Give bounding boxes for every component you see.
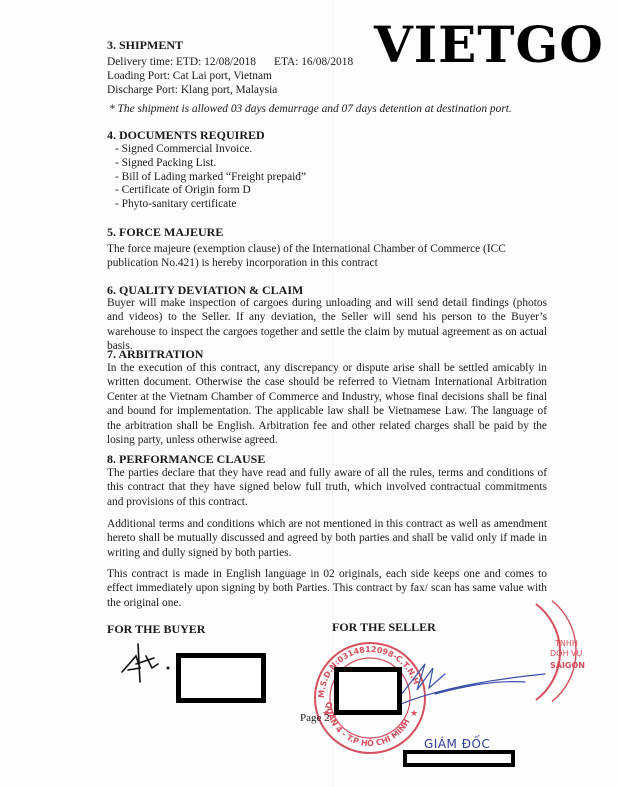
shipment-note: * The shipment is allowed 03 days demurr… — [109, 102, 512, 116]
quality-body: Buyer will make inspection of cargoes du… — [107, 296, 547, 354]
force-majeure-heading: 5. FORCE MAJEURE — [107, 225, 223, 239]
eta: ETA: 16/08/2018 — [274, 55, 353, 69]
buyer-label: FOR THE BUYER — [107, 622, 205, 636]
performance-heading: 8. PERFORMANCE CLAUSE — [107, 452, 265, 466]
second-stamp-icon: TNHH DỌH VỤ SAIGON — [520, 590, 618, 710]
page-number: Page 2 — [300, 712, 330, 724]
director-title: GIÁM ĐỐC — [424, 737, 490, 751]
delivery-time: Delivery time: ETD: 12/08/2018 — [107, 55, 256, 69]
document-item: - Certificate of Origin form D — [115, 184, 306, 198]
documents-list: - Signed Commercial Invoice. - Signed Pa… — [115, 143, 306, 212]
document-item: - Signed Packing List. — [115, 157, 306, 171]
performance-body-1: The parties declare that they have read … — [107, 466, 547, 509]
performance-body-2: Additional terms and conditions which ar… — [107, 517, 547, 560]
svg-text:DỌH VỤ: DỌH VỤ — [550, 649, 582, 658]
contract-page: VIETGO 3. SHIPMENT Delivery time: ETD: 1… — [0, 0, 618, 787]
buyer-signature-icon — [118, 640, 178, 685]
seller-label: FOR THE SELLER — [332, 620, 436, 634]
document-item: - Signed Commercial Invoice. — [115, 143, 306, 157]
performance-body-3: This contract is made in English languag… — [107, 567, 547, 610]
arbitration-heading: 7. ARBITRATION — [107, 347, 203, 361]
svg-text:TNHH: TNHH — [554, 639, 578, 648]
arbitration-body: In the execution of this contract, any d… — [107, 361, 547, 447]
force-majeure-body: The force majeure (exemption clause) of … — [107, 242, 547, 271]
svg-text:SAIGON: SAIGON — [550, 661, 585, 670]
document-item: - Bill of Lading marked “Freight prepaid… — [115, 171, 306, 185]
seller-name-redaction — [334, 667, 402, 715]
shipment-heading: 3. SHIPMENT — [107, 38, 183, 52]
director-name-redaction — [403, 750, 515, 767]
document-item: - Phyto-sanitary certificate — [115, 198, 306, 212]
vietgo-logo: VIETGO — [374, 20, 604, 70]
quality-heading: 6. QUALITY DEVIATION & CLAIM — [107, 283, 303, 297]
documents-heading: 4. DOCUMENTS REQUIRED — [107, 128, 265, 142]
loading-port: Loading Port: Cat Lai port, Vietnam — [107, 69, 272, 83]
buyer-name-redaction — [176, 653, 266, 703]
discharge-port: Discharge Port: Klang port, Malaysia — [107, 83, 277, 97]
